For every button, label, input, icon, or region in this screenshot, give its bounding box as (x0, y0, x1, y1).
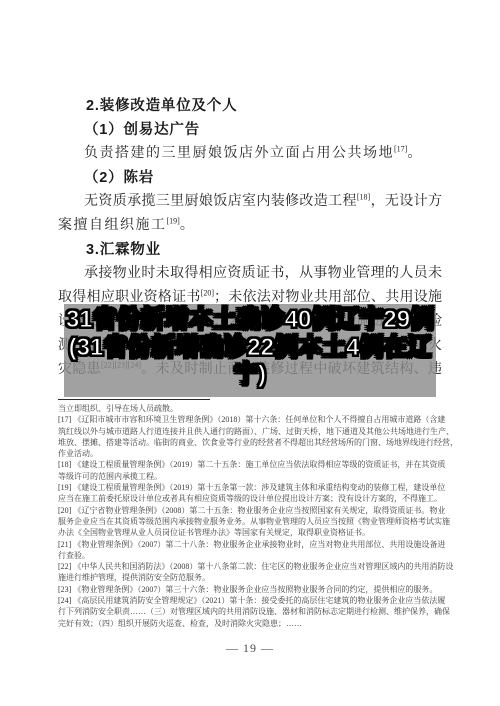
body-line: （2）陈岩 (84, 168, 154, 192)
footnote-line: 筑红线以外与城市道路人行道连接并且供人通行的路面）、广场、过街天桥，地下通道及其… (58, 426, 448, 437)
overlay-headline: 31省份新增本土确诊40例辽宁29例(31省份新增确诊22例本土4例在辽宁) (40, 306, 460, 389)
document-page: 2.装修改造单位及个人（1）创易达广告负责搭建的三里厨娘饭店外立面占用公共场地[… (0, 0, 500, 706)
footnote-separator (58, 399, 210, 400)
footnote-line: [24] 《高层民用建筑消防安全管理规定》（2021）第十条：接受委托的高层住宅… (58, 595, 448, 606)
overlay-headline-line: (31省份新增确诊22例本土4例在辽 (40, 334, 460, 362)
footnote-line: 施进行维护管理，提供消防安全防范服务。 (58, 572, 448, 583)
body-line: 案擅自组织施工[19]。 (58, 216, 195, 240)
footnote-line: 行下列消防安全职责……（三）对管理区域内的共用消防设施、器材和消防标志定期进行检… (58, 606, 448, 617)
footnote-line: 行查验。 (58, 550, 448, 561)
footnote-line: 当立即组织、引导在场人员疏散。 (58, 403, 448, 414)
body-line: 无资质承揽三里厨娘饭店室内装修改造工程[18]，无设计方 (84, 192, 442, 216)
body-line: 负责搭建的三里厨娘饭店外立面占用公共场地[17]。 (84, 144, 423, 168)
overlay-headline-line: 31省份新增本土确诊40例辽宁29例 (40, 306, 460, 334)
footnote-line: 等级许可的范围内承揽工程。 (58, 471, 448, 482)
footnote-line: [19] 《建设工程质量管理条例》（2019）第十五条第一款：涉及建筑主体和承重… (58, 482, 448, 493)
footnote-line: [23] 《物业管理条例》（2007）第三十六条：物业服务企业应当按照物业服务合… (58, 584, 448, 595)
footnote-line: 完好有效；（四）组织开展防火巡查、检查，及时消除火灾隐患；…… (58, 618, 448, 629)
footnotes-block: 当立即组织、引导在场人员疏散。[17] 《辽阳市城市市容和环境卫生管理条例》（2… (58, 403, 448, 629)
footnote-line: [18] 《建设工程质量管理条例》（2019）第二十五条：施工单位应当依法取得相… (58, 459, 448, 470)
footnote-line: 堆放、摆摊、搭建等活动。临街的商业、饮食业等行业的经营者不得超出其经营场所的门窗… (58, 437, 448, 448)
footnote-line: 办法《全国物业管理从业人员岗位证书管理办法》等国家有关规定，取得职业资格证书。 (58, 527, 448, 538)
body-line: 3.汇霖物业 (86, 240, 161, 264)
footnote-line: [17] 《辽阳市城市市容和环境卫生管理条例》（2018）第十六条：任何单位和个… (58, 414, 448, 425)
body-line: 2.装修改造单位及个人 (86, 96, 237, 120)
footnote-line: [22] 《中华人民共和国消防法》（2008）第十八条第二款：住宅区的物业服务企… (58, 561, 448, 572)
footnote-line: [20] 《辽宁省物业管理条例》（2008）第二十五条：物业服务企业应当按照国家… (58, 505, 448, 516)
body-line: 承接物业时未取得相应资质证书，从事物业管理的人员未 (84, 264, 442, 288)
overlay-headline-line: 宁) (40, 361, 460, 389)
footnote-line: 应当在施工前委托原设计单位或者具有相应资质等级的设计单位提出设计方案；没有设计方… (58, 493, 448, 504)
page-number: — 19 — (0, 641, 500, 656)
footnote-line: [21] 《物业管理条例》（2007）第二十八条：物业服务企业承接物业时，应当对… (58, 539, 448, 550)
footnote-line: 服务企业应当在其资质等级范围内承接物业服务业务。从事物业管理的人员应当按照《物业… (58, 516, 448, 527)
body-line: （1）创易达广告 (84, 120, 200, 144)
footnote-line: 作业活动。 (58, 448, 448, 459)
